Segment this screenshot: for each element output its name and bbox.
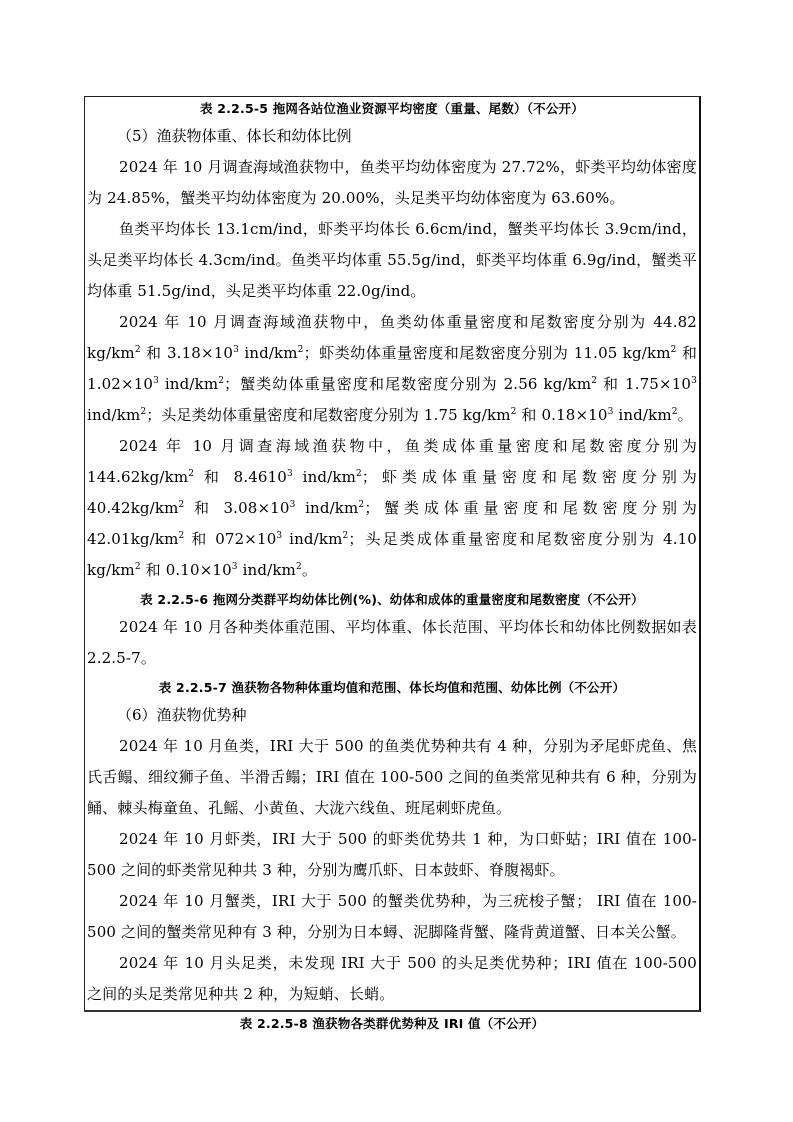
- text-run: 和 3.18×10: [141, 344, 233, 362]
- paragraph-body-length-weight: 鱼类平均体长 13.1cm/ind，虾类平均体长 6.6cm/ind，蟹类平均体…: [87, 214, 697, 307]
- document-frame: 表 2.2.5-5 拖网各站位渔业资源平均密度（重量、尾数）（不公开） （5）渔…: [84, 96, 701, 1012]
- table-caption-2-2-5-6: 表 2.2.5-6 拖网分类群平均幼体比例(%)、幼体和成体的重量密度和尾数密度…: [87, 590, 697, 612]
- text-run: ind/km: [282, 530, 342, 548]
- text-run: ind/km: [238, 561, 296, 579]
- text-run: 。: [302, 561, 317, 579]
- text-run: ind/km: [295, 499, 358, 517]
- paragraph-fish-dominant: 2024 年 10 月鱼类，IRI 大于 500 的鱼类优势种共有 4 种，分别…: [87, 731, 697, 824]
- paragraph-adult-density: 2024 年 10 月调查海域渔获物中，鱼类成体重量密度和尾数密度分别为 144…: [87, 431, 697, 586]
- text-run: ；虾类幼体重量密度和尾数密度分别为 11.05 kg/km: [304, 344, 671, 362]
- table-caption-2-2-5-7: 表 2.2.5-7 渔获物各物种体重均值和范围、体长均值和范围、幼体比例（不公开…: [87, 678, 697, 700]
- paragraph-crab-dominant: 2024 年 10 月蟹类，IRI 大于 500 的蟹类优势种，为三疣梭子蟹； …: [87, 886, 697, 948]
- section-heading-6: （6）渔获物优势种: [87, 700, 697, 731]
- text-run: ind/km: [87, 406, 140, 424]
- superscript: 3: [691, 376, 697, 386]
- section-heading-5: （5）渔获物体重、体长和幼体比例: [87, 121, 697, 152]
- paragraph-juvenile-ratio: 2024 年 10 月调查海域渔获物中，鱼类平均幼体密度为 27.72%，虾类平…: [87, 152, 697, 214]
- paragraph-juvenile-density: 2024 年 10 月调查海域渔获物中，鱼类幼体重量密度和尾数密度分别为 44.…: [87, 307, 697, 431]
- text-run: 和 3.08×10: [184, 499, 289, 517]
- text-run: ；蟹类幼体重量密度和尾数密度分别为 2.56 kg/km: [224, 375, 591, 393]
- text-run: 和 1.75×10: [597, 375, 691, 393]
- text-run: 和 8.4610: [194, 468, 287, 486]
- paragraph-cephalopod-dominant: 2024 年 10 月头足类，未发现 IRI 大于 500 的头足类优势种；IR…: [87, 948, 697, 1010]
- text-run: ind/km: [159, 375, 218, 393]
- text-run: 和 072×10: [184, 530, 276, 548]
- text-run: ind/km: [293, 468, 356, 486]
- text-run: 。: [678, 406, 693, 424]
- text-run: ind/km: [613, 406, 671, 424]
- table-caption-2-2-5-8: 表 2.2.5-8 渔获物各类群优势种及 IRI 值（不公开）: [87, 1014, 697, 1036]
- text-run: 和 0.10×10: [141, 561, 232, 579]
- table-caption-2-2-5-5: 表 2.2.5-5 拖网各站位渔业资源平均密度（重量、尾数）（不公开）: [87, 99, 697, 121]
- text-run: 和 0.18×10: [516, 406, 607, 424]
- text-run: ind/km: [239, 344, 298, 362]
- paragraph-shrimp-dominant: 2024 年 10 月虾类，IRI 大于 500 的虾类优势共 1 种，为口虾蛄…: [87, 824, 697, 886]
- paragraph-table-reference: 2024 年 10 月各种类体重范围、平均体重、体长范围、平均体长和幼体比例数据…: [87, 612, 697, 674]
- text-run: ；头足类幼体重量密度和尾数密度分别为 1.75 kg/km: [146, 406, 510, 424]
